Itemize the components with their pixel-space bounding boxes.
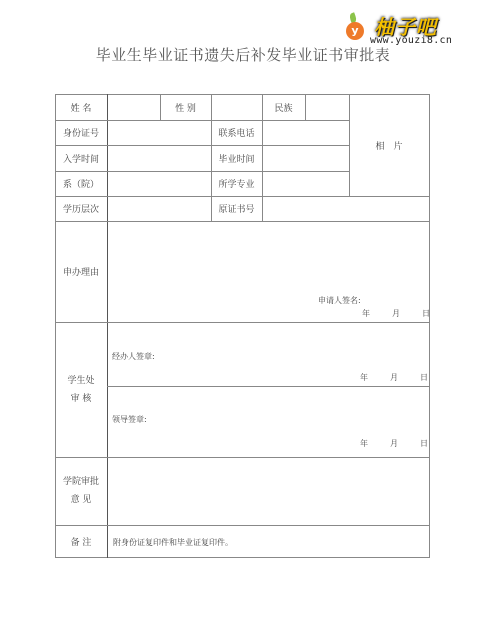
month-label: 月 <box>390 438 398 449</box>
degree-level-field[interactable] <box>108 197 211 221</box>
enrollment-date-label: 入学时间 <box>55 145 107 171</box>
handler-date: 年 月 日 <box>360 372 428 383</box>
major-label: 所学专业 <box>211 171 262 196</box>
approval-form-table: 姓 名 性 别 民族 相 片 身份证号 联系电话 入学时间 毕业时间 系（院） … <box>55 94 430 558</box>
graduation-date-field[interactable] <box>263 146 349 171</box>
student-office-split-line <box>107 386 430 387</box>
graduation-date-label: 毕业时间 <box>211 145 262 171</box>
year-label: 年 <box>362 308 370 319</box>
id-number-label: 身份证号 <box>55 120 107 145</box>
name-label: 姓 名 <box>55 94 107 120</box>
id-number-field[interactable] <box>108 121 211 145</box>
major-field[interactable] <box>263 172 349 196</box>
name-field[interactable] <box>108 95 160 120</box>
site-logo: y 柚子吧 www.youzi8.cn <box>340 8 480 48</box>
ethnicity-label: 民族 <box>262 94 305 120</box>
border-right <box>429 94 430 558</box>
remarks-value: 附身份证复印件和毕业证复印件。 <box>113 537 233 548</box>
student-office-label-line1: 学生处 <box>67 372 94 390</box>
leader-date: 年 月 日 <box>360 438 428 449</box>
college-approval-label: 学院审批 意 见 <box>55 457 107 525</box>
department-field[interactable] <box>108 172 211 196</box>
student-office-label-line2: 审 核 <box>71 390 92 408</box>
student-office-review-label: 学生处 审 核 <box>55 322 107 457</box>
handler-signature-label: 经办人签章: <box>112 351 155 362</box>
form-title: 毕业生毕业证书遗失后补发毕业证书审批表 <box>0 44 486 65</box>
day-label: 日 <box>420 372 428 383</box>
remarks-label: 备 注 <box>55 525 107 557</box>
month-label: 月 <box>390 372 398 383</box>
college-approval-field[interactable] <box>108 458 429 525</box>
phone-field[interactable] <box>263 121 349 145</box>
year-label: 年 <box>360 372 368 383</box>
year-label: 年 <box>360 438 368 449</box>
month-label: 月 <box>392 308 400 319</box>
applicant-signature-label: 申请人签名: <box>318 295 361 306</box>
ethnicity-field[interactable] <box>306 95 349 120</box>
day-label: 日 <box>422 308 430 319</box>
grapefruit-icon: y <box>346 22 364 40</box>
department-label: 系（院） <box>55 171 107 196</box>
border-bottom <box>55 557 430 558</box>
applicant-date: 年 月 日 <box>362 308 430 319</box>
original-cert-number-field[interactable] <box>263 197 429 221</box>
gender-label: 性 别 <box>160 94 211 120</box>
reason-bottom-line <box>55 322 430 323</box>
college-bottom-line <box>55 525 430 526</box>
enrollment-date-field[interactable] <box>108 146 211 171</box>
original-cert-number-label: 原证书号 <box>211 196 262 221</box>
reason-label: 申办理由 <box>55 221 107 322</box>
day-label: 日 <box>420 438 428 449</box>
college-label-line2: 意 见 <box>71 491 92 509</box>
leader-signature-label: 领导签章: <box>112 414 147 425</box>
degree-level-label: 学历层次 <box>55 196 107 221</box>
handler-signature-field[interactable] <box>175 344 375 364</box>
phone-label: 联系电话 <box>211 120 262 145</box>
gender-field[interactable] <box>212 95 262 120</box>
reason-field[interactable] <box>108 222 429 292</box>
photo-box-label: 相 片 <box>349 94 429 196</box>
leader-signature-field[interactable] <box>165 407 375 427</box>
college-label-line1: 学院审批 <box>63 473 99 491</box>
